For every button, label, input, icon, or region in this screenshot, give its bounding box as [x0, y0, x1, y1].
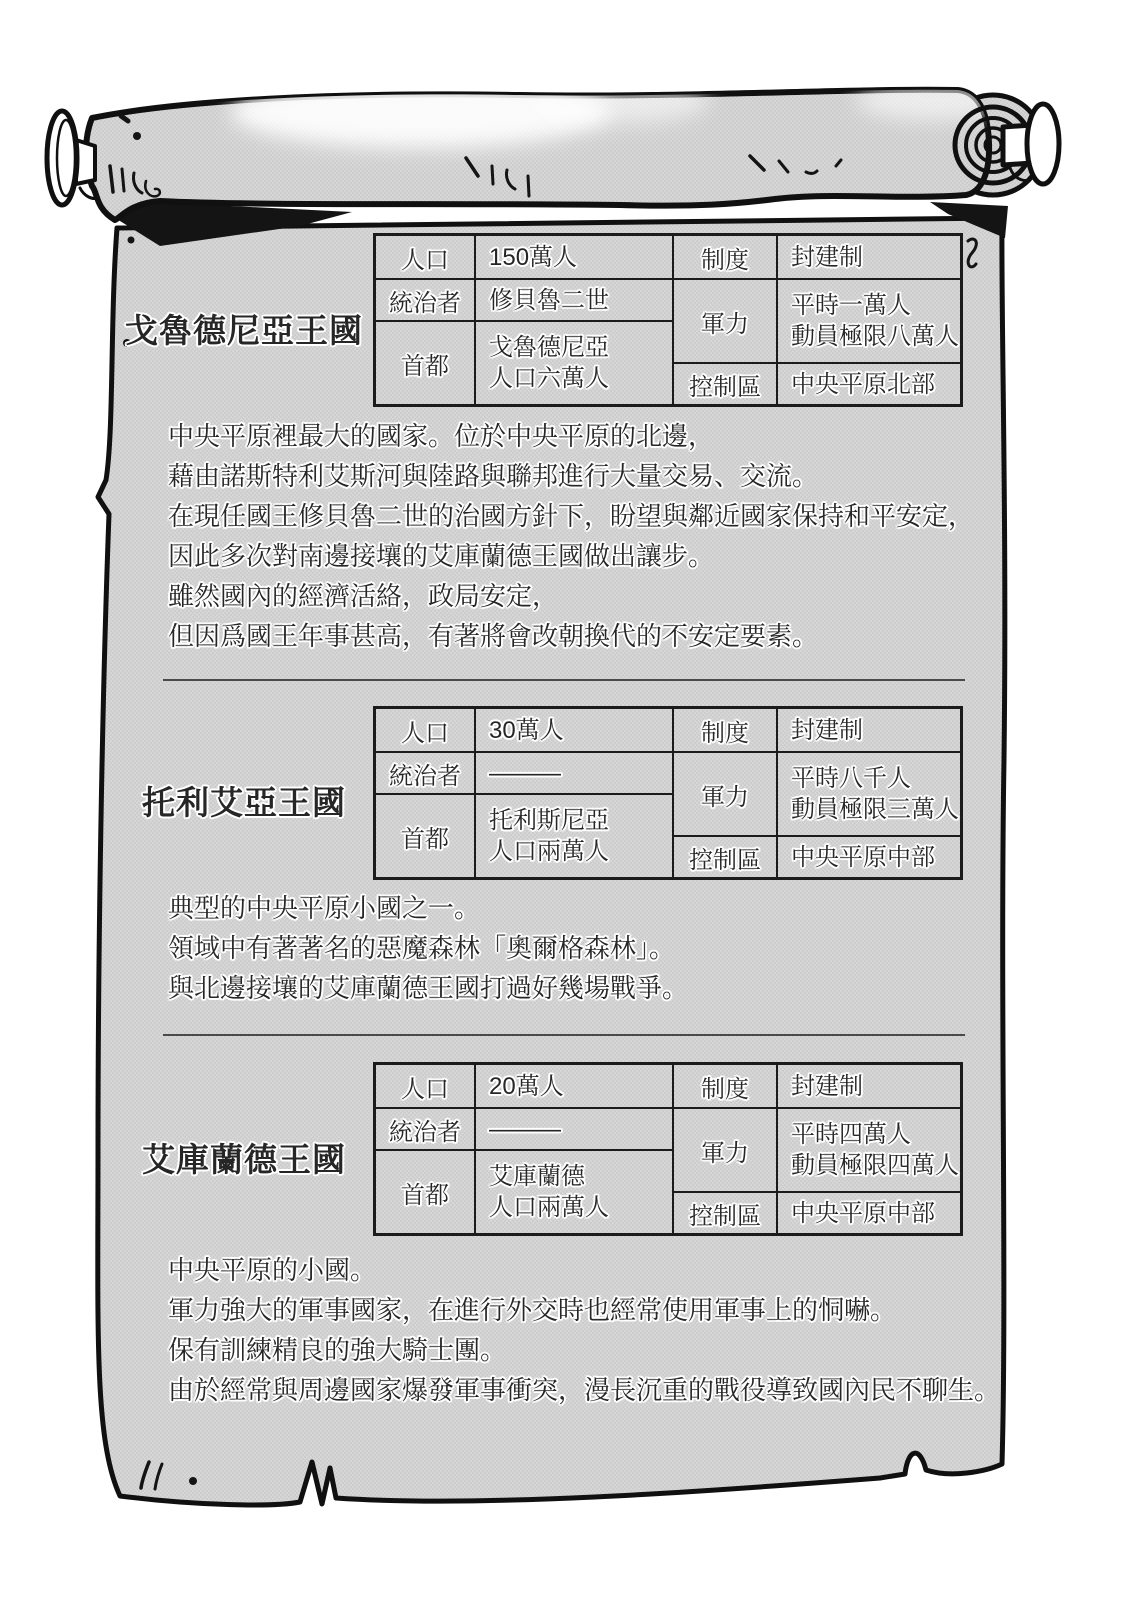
- control-value: 中央平原中部: [778, 837, 960, 877]
- control-label: 控制區: [674, 1193, 778, 1233]
- capital-value: 艾庫蘭德 人口兩萬人: [476, 1151, 672, 1233]
- description-line: 中央平原裡最大的國家。位於中央平原的北邊，: [168, 416, 974, 456]
- system-value: 封建制: [778, 236, 960, 280]
- ruler-value: ———: [476, 1109, 672, 1151]
- kingdom-3-title: 艾庫蘭德王國: [118, 1134, 370, 1181]
- population-label: 人口: [376, 236, 476, 280]
- military-value: 平時八千人 動員極限三萬人: [778, 753, 960, 837]
- system-label: 制度: [674, 709, 778, 753]
- ruler-value: 修貝魯二世: [476, 280, 672, 322]
- kingdom-2-title: 托利艾亞王國: [118, 777, 370, 824]
- military-label: 軍力: [674, 1109, 778, 1193]
- control-label: 控制區: [674, 364, 778, 404]
- kingdom-2-table: 人口 30萬人 統治者 ——— 首都 托利斯尼亞 人口兩萬人 制度 封建制 軍力…: [373, 706, 963, 880]
- description-line: 但因爲國王年事甚高，有著將會改朝換代的不安定要素。: [168, 616, 974, 656]
- military-label: 軍力: [674, 280, 778, 364]
- kingdom-3-description: 中央平原的小國。 軍力強大的軍事國家，在進行外交時也經常使用軍事上的恫嚇。 保有…: [168, 1250, 1000, 1410]
- control-label: 控制區: [674, 837, 778, 877]
- control-value: 中央平原北部: [778, 364, 960, 404]
- population-label: 人口: [376, 709, 476, 753]
- capital-label: 首都: [376, 795, 476, 877]
- military-value: 平時四萬人 動員極限四萬人: [778, 1109, 960, 1193]
- population-value: 30萬人: [476, 709, 672, 753]
- military-label: 軍力: [674, 753, 778, 837]
- description-line: 領域中有著著名的惡魔森林「奧爾格森林」。: [168, 928, 688, 968]
- description-line: 由於經常與周邊國家爆發軍事衝突，漫長沉重的戰役導致國內民不聊生。: [168, 1370, 1000, 1410]
- ruler-label: 統治者: [376, 1109, 476, 1151]
- population-value: 150萬人: [476, 236, 672, 280]
- manga-page: 戈魯德尼亞王國 人口 150萬人 統治者 修貝魯二世 首都 戈魯德尼亞 人口六萬…: [0, 0, 1125, 1600]
- section-divider: [163, 1034, 965, 1036]
- description-line: 中央平原的小國。: [168, 1250, 1000, 1290]
- description-line: 雖然國內的經濟活絡，政局安定，: [168, 576, 974, 616]
- system-value: 封建制: [778, 1065, 960, 1109]
- capital-value: 戈魯德尼亞 人口六萬人: [476, 322, 672, 404]
- population-label: 人口: [376, 1065, 476, 1109]
- system-label: 制度: [674, 236, 778, 280]
- ruler-label: 統治者: [376, 753, 476, 795]
- capital-label: 首都: [376, 1151, 476, 1233]
- system-value: 封建制: [778, 709, 960, 753]
- kingdom-1-table: 人口 150萬人 統治者 修貝魯二世 首都 戈魯德尼亞 人口六萬人 制度 封建制…: [373, 233, 963, 407]
- ruler-label: 統治者: [376, 280, 476, 322]
- control-value: 中央平原中部: [778, 1193, 960, 1233]
- kingdom-1-title: 戈魯德尼亞王國: [118, 305, 370, 352]
- section-divider: [163, 679, 965, 681]
- description-line: 軍力強大的軍事國家，在進行外交時也經常使用軍事上的恫嚇。: [168, 1290, 1000, 1330]
- kingdom-1-description: 中央平原裡最大的國家。位於中央平原的北邊， 藉由諾斯特利艾斯河與陸路與聯邦進行大…: [168, 416, 974, 656]
- description-line: 在現任國王修貝魯二世的治國方針下，盼望與鄰近國家保持和平安定，: [168, 496, 974, 536]
- capital-label: 首都: [376, 322, 476, 404]
- description-line: 與北邊接壤的艾庫蘭德王國打過好幾場戰爭。: [168, 968, 688, 1008]
- ruler-value: ———: [476, 753, 672, 795]
- capital-value: 托利斯尼亞 人口兩萬人: [476, 795, 672, 877]
- kingdom-2-description: 典型的中央平原小國之一。 領域中有著著名的惡魔森林「奧爾格森林」。 與北邊接壤的…: [168, 888, 688, 1008]
- system-label: 制度: [674, 1065, 778, 1109]
- military-value: 平時一萬人 動員極限八萬人: [778, 280, 960, 364]
- description-line: 保有訓練精良的強大騎士團。: [168, 1330, 1000, 1370]
- description-line: 因此多次對南邊接壤的艾庫蘭德王國做出讓步。: [168, 536, 974, 576]
- kingdom-3-table: 人口 20萬人 統治者 ——— 首都 艾庫蘭德 人口兩萬人 制度 封建制 軍力 …: [373, 1062, 963, 1236]
- population-value: 20萬人: [476, 1065, 672, 1109]
- description-line: 典型的中央平原小國之一。: [168, 888, 688, 928]
- description-line: 藉由諾斯特利艾斯河與陸路與聯邦進行大量交易、交流。: [168, 456, 974, 496]
